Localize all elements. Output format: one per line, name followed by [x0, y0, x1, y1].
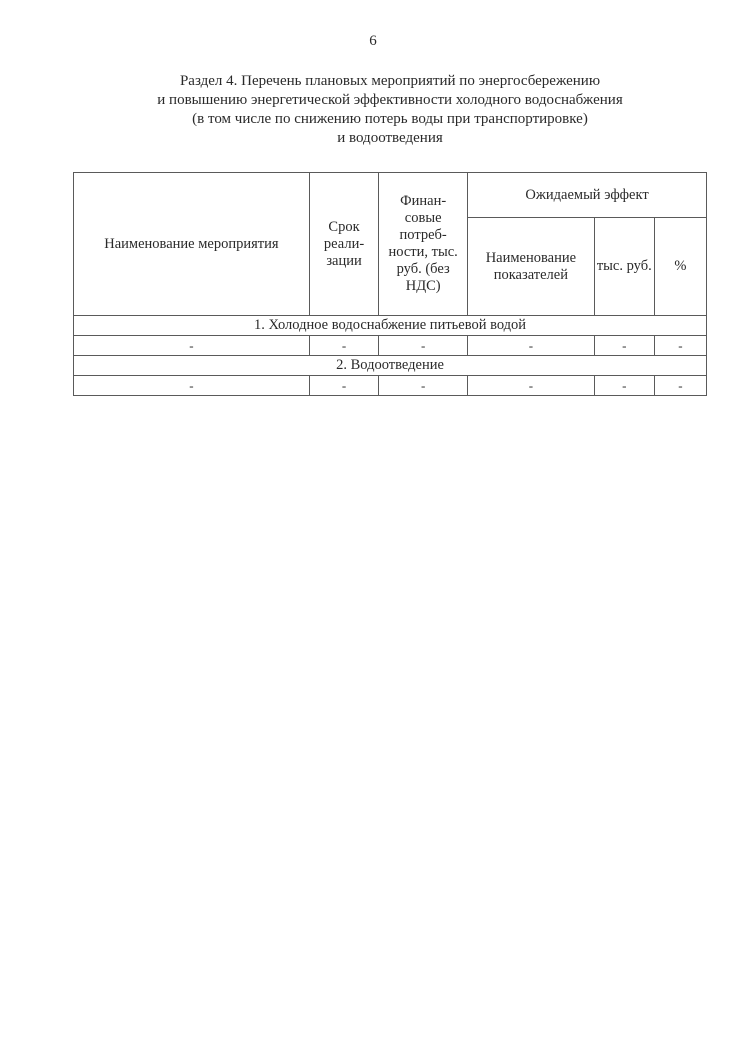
- cell-finance: -: [379, 376, 468, 396]
- cell-measure: -: [74, 376, 310, 396]
- header-percent: %: [654, 218, 706, 316]
- header-expected-effect: Ожидаемый эффект: [468, 173, 707, 218]
- section-title: Раздел 4. Перечень плановых мероприятий …: [100, 72, 680, 148]
- title-line: Раздел 4. Перечень плановых мероприятий …: [100, 72, 680, 91]
- cell-percent: -: [654, 376, 706, 396]
- table-row: - - - - - -: [74, 376, 707, 396]
- page-number: 6: [0, 33, 746, 50]
- cell-thousand-rub: -: [594, 376, 654, 396]
- cell-term: -: [309, 376, 378, 396]
- title-line: и повышению энергетической эффективности…: [100, 91, 680, 110]
- cell-thousand-rub: -: [594, 336, 654, 356]
- section-title-wastewater: 2. Водоотведение: [74, 356, 707, 376]
- header-thousand-rub: тыс. руб.: [594, 218, 654, 316]
- cell-indicators: -: [468, 376, 595, 396]
- cell-indicators: -: [468, 336, 595, 356]
- section-row: 2. Водоотведение: [74, 356, 707, 376]
- cell-measure: -: [74, 336, 310, 356]
- title-line: (в том числе по снижению потерь воды при…: [100, 110, 680, 129]
- header-measure-name: Наименование мероприятия: [74, 173, 310, 316]
- table-row: - - - - - -: [74, 336, 707, 356]
- section-title-cold-water: 1. Холодное водоснабжение питьевой водой: [74, 316, 707, 336]
- cell-percent: -: [654, 336, 706, 356]
- section-row: 1. Холодное водоснабжение питьевой водой: [74, 316, 707, 336]
- measures-table: Наименование мероприятия Срок реали- зац…: [73, 172, 707, 396]
- cell-finance: -: [379, 336, 468, 356]
- header-indicators: Наименование показателей: [468, 218, 595, 316]
- cell-term: -: [309, 336, 378, 356]
- header-finance: Финан- совые потреб- ности, тыс. руб. (б…: [379, 173, 468, 316]
- header-row: Наименование мероприятия Срок реали- зац…: [74, 173, 707, 218]
- title-line: и водоотведения: [100, 129, 680, 148]
- header-term: Срок реали- зации: [309, 173, 378, 316]
